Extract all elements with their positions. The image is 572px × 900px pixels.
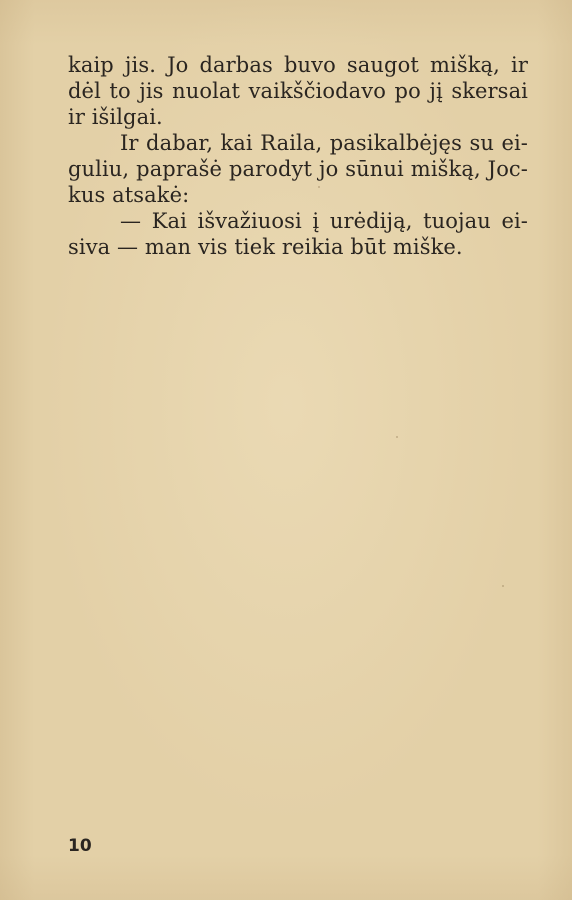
paper-fleck [396, 436, 398, 438]
text-line: dėl to jis nuolat vaikščiodavo po jį ske… [68, 78, 528, 104]
paragraph-1: kaip jis. Jo darbas buvo saugot mišką, i… [68, 52, 528, 130]
paragraph-3: — Kai išvažiuosi į urėdiją, tuojau ei- s… [68, 208, 528, 260]
text-line: kaip jis. Jo darbas buvo saugot mišką, i… [68, 52, 528, 78]
book-page: kaip jis. Jo darbas buvo saugot mišką, i… [0, 0, 572, 900]
text-line: ir išilgai. [68, 104, 528, 130]
text-line: guliu, paprašė parodyt jo sūnui mišką, J… [68, 156, 528, 182]
text-line: kus atsakė: [68, 182, 528, 208]
text-line: — Kai išvažiuosi į urėdiją, tuojau ei- [68, 208, 528, 234]
paper-fleck [502, 585, 504, 587]
body-text: kaip jis. Jo darbas buvo saugot mišką, i… [68, 52, 528, 260]
paragraph-2: Ir dabar, kai Raila, pasikalbėjęs su ei-… [68, 130, 528, 208]
text-line: siva — man vis tiek reikia būt miške. [68, 234, 528, 260]
text-line: Ir dabar, kai Raila, pasikalbėjęs su ei- [68, 130, 528, 156]
page-number: 10 [68, 836, 92, 856]
paper-fleck [318, 186, 320, 188]
